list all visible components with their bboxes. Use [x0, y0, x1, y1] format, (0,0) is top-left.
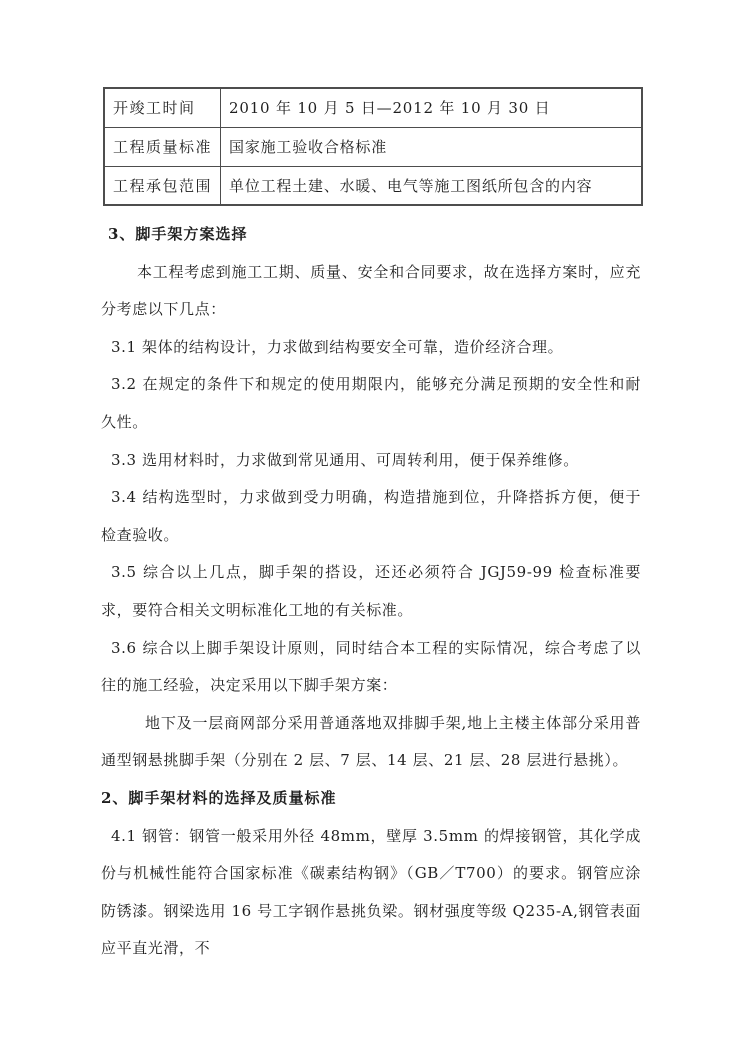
paragraph-3-2: 3.2 在规定的条件下和规定的使用期限内，能够充分满足预期的安全性和耐久性。 [101, 366, 641, 441]
table-label-contract-scope: 工程承包范围 [104, 166, 221, 205]
table-row: 开竣工时间 2010 年 10 月 5 日—2012 年 10 月 30 日 [104, 88, 642, 127]
table-row: 工程承包范围 单位工程土建、水暖、电气等施工图纸所包含的内容 [104, 166, 642, 205]
paragraph-3-1: 3.1 架体的结构设计，力求做到结构要安全可靠，造价经济合理。 [101, 329, 641, 367]
table-label-start-finish-time: 开竣工时间 [104, 88, 221, 127]
paragraph-4-1: 4.1 钢管：钢管一般采用外径 48mm，壁厚 3.5mm 的焊接钢管，其化学成… [101, 818, 641, 968]
table-value-contract-scope: 单位工程土建、水暖、电气等施工图纸所包含的内容 [221, 166, 642, 205]
project-info-table: 开竣工时间 2010 年 10 月 5 日—2012 年 10 月 30 日 工… [103, 87, 643, 206]
table-value-quality-standard: 国家施工验收合格标准 [221, 127, 642, 166]
document-page: 开竣工时间 2010 年 10 月 5 日—2012 年 10 月 30 日 工… [0, 0, 744, 1052]
section-heading-material-selection: 2、脚手架材料的选择及质量标准 [101, 780, 641, 818]
table-label-quality-standard: 工程质量标准 [104, 127, 221, 166]
paragraph-intro: 本工程考虑到施工工期、质量、安全和合同要求，故在选择方案时，应充分考虑以下几点： [101, 254, 641, 329]
table-value-start-finish-time: 2010 年 10 月 5 日—2012 年 10 月 30 日 [221, 88, 642, 127]
paragraph-3-5: 3.5 综合以上几点，脚手架的搭设，还还必须符合 JGJ59-99 检查标准要求… [101, 554, 641, 629]
paragraph-3-3: 3.3 选用材料时，力求做到常见通用、可周转利用，便于保养维修。 [101, 442, 641, 480]
section-heading-scheme-selection: 3、脚手架方案选择 [101, 216, 641, 254]
paragraph-3-6: 3.6 综合以上脚手架设计原则，同时结合本工程的实际情况，综合考虑了以往的施工经… [101, 630, 641, 705]
paragraph-scheme-conclusion: 地下及一层商网部分采用普通落地双排脚手架,地上主楼主体部分采用普通型钢悬挑脚手架… [101, 705, 641, 780]
table-row: 工程质量标准 国家施工验收合格标准 [104, 127, 642, 166]
paragraph-3-4: 3.4 结构选型时，力求做到受力明确，构造措施到位，升降搭拆方便，便于检查验收。 [101, 479, 641, 554]
